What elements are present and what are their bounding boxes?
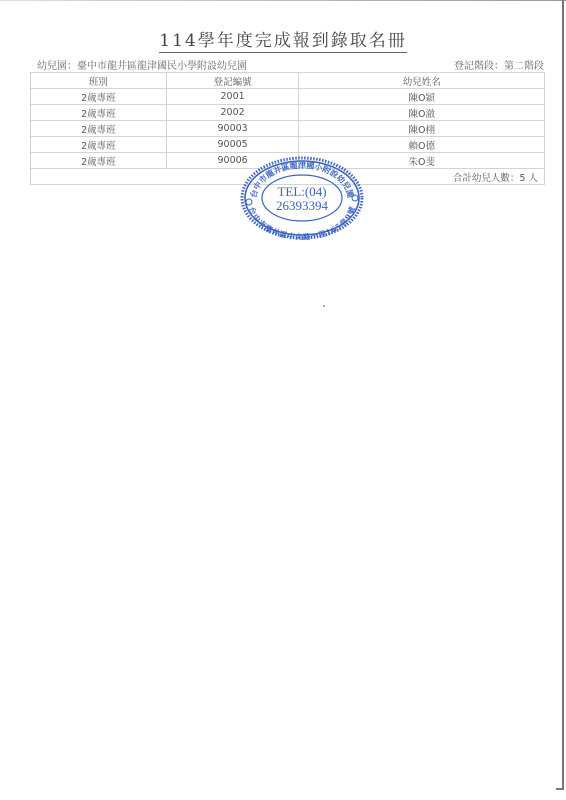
document-title-text: 114學年度完成報到錄取名冊	[159, 31, 406, 53]
cell-class: 2歲專班	[31, 153, 167, 169]
table-row: 2歲專班90003陳O栩	[31, 121, 545, 137]
kindergarten-label: 幼兒園：臺中市龍井區龍津國民小學附設幼兒園	[37, 57, 247, 72]
school-seal-stamp: 台中市龍井區龍津國小附設幼兒園 台中市龍井區中央路一段165巷9號 TEL:(0…	[240, 156, 364, 240]
cell-class: 2歲專班	[31, 89, 167, 105]
seal-tel-label: TEL:(04)	[277, 184, 326, 199]
cell-child-name: 陳O穎	[299, 89, 545, 105]
table-row: 2歲專班2001陳O穎	[31, 89, 545, 105]
cell-class: 2歲專班	[31, 121, 167, 137]
table-row: 2歲專班90005賴O德	[31, 137, 545, 153]
cell-child-name: 賴O德	[299, 137, 545, 153]
scan-edge-top	[0, 0, 566, 1]
cell-class: 2歲專班	[31, 105, 167, 121]
header-registration-number: 登記編號	[166, 73, 299, 89]
cell-registration-number: 90003	[166, 121, 299, 137]
seal-tel-number: 26393394	[276, 198, 329, 213]
table-header-row: 班別 登記編號 幼兒姓名	[31, 73, 545, 89]
cell-registration-number: 2001	[166, 89, 299, 105]
cell-registration-number: 90005	[166, 137, 299, 153]
header-class: 班別	[31, 73, 167, 89]
document-title: 114學年度完成報到錄取名冊	[0, 26, 566, 51]
cell-child-name: 陳O栩	[299, 121, 545, 137]
scan-speck	[323, 305, 325, 307]
stage-label: 登記階段：第二階段	[454, 57, 544, 72]
scan-edge-corner	[556, 788, 564, 790]
header-child-name: 幼兒姓名	[299, 73, 545, 89]
table-row: 2歲專班2002陳O澈	[31, 105, 545, 121]
scan-edge-right	[562, 0, 564, 790]
seal-flower-icon-left	[246, 199, 252, 205]
cell-class: 2歲專班	[31, 137, 167, 153]
cell-child-name: 陳O澈	[299, 105, 545, 121]
cell-registration-number: 2002	[166, 105, 299, 121]
